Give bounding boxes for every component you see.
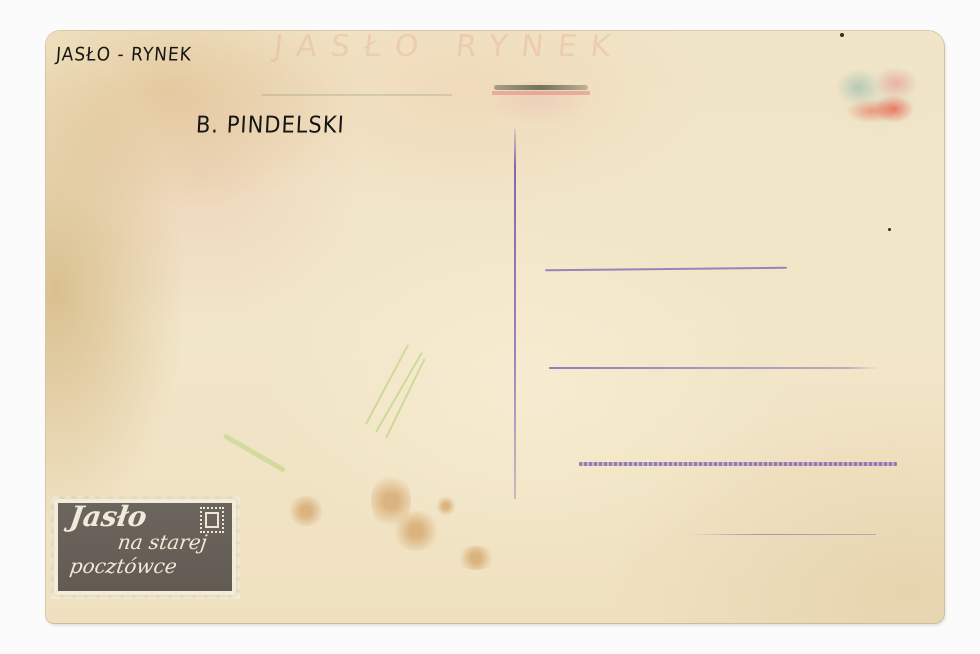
foxing-spot — [456, 546, 496, 570]
adhesive-stain — [488, 81, 592, 125]
foxing-spot — [286, 496, 326, 526]
pencil-mark — [223, 433, 286, 472]
stamp-remnant — [832, 65, 928, 131]
logo-subtitle-1: na starej — [116, 530, 208, 554]
vertical-divider-line — [514, 129, 516, 499]
address-line-2 — [549, 367, 879, 369]
address-line-1 — [545, 267, 787, 272]
foxing-spot — [436, 496, 456, 516]
address-line-3 — [579, 462, 897, 466]
handwritten-title: JASŁO - RYNEK — [55, 44, 192, 66]
logo-subtitle-2: pocztówce — [68, 554, 178, 578]
logo-title: Jasło — [68, 500, 149, 533]
faded-stamp-text: JASŁO RYNEK — [272, 31, 626, 64]
faded-line — [262, 94, 452, 96]
scan-background: JASŁO RYNEK JASŁO - RYNEK B. PINDELSKI J… — [0, 0, 980, 654]
pencil-mark — [385, 358, 425, 438]
handwritten-author: B. PINDELSKI — [195, 112, 345, 138]
foxing-spot — [391, 511, 441, 551]
address-line-4 — [686, 534, 876, 535]
ink-dot — [840, 33, 844, 37]
ink-dot — [888, 228, 891, 231]
